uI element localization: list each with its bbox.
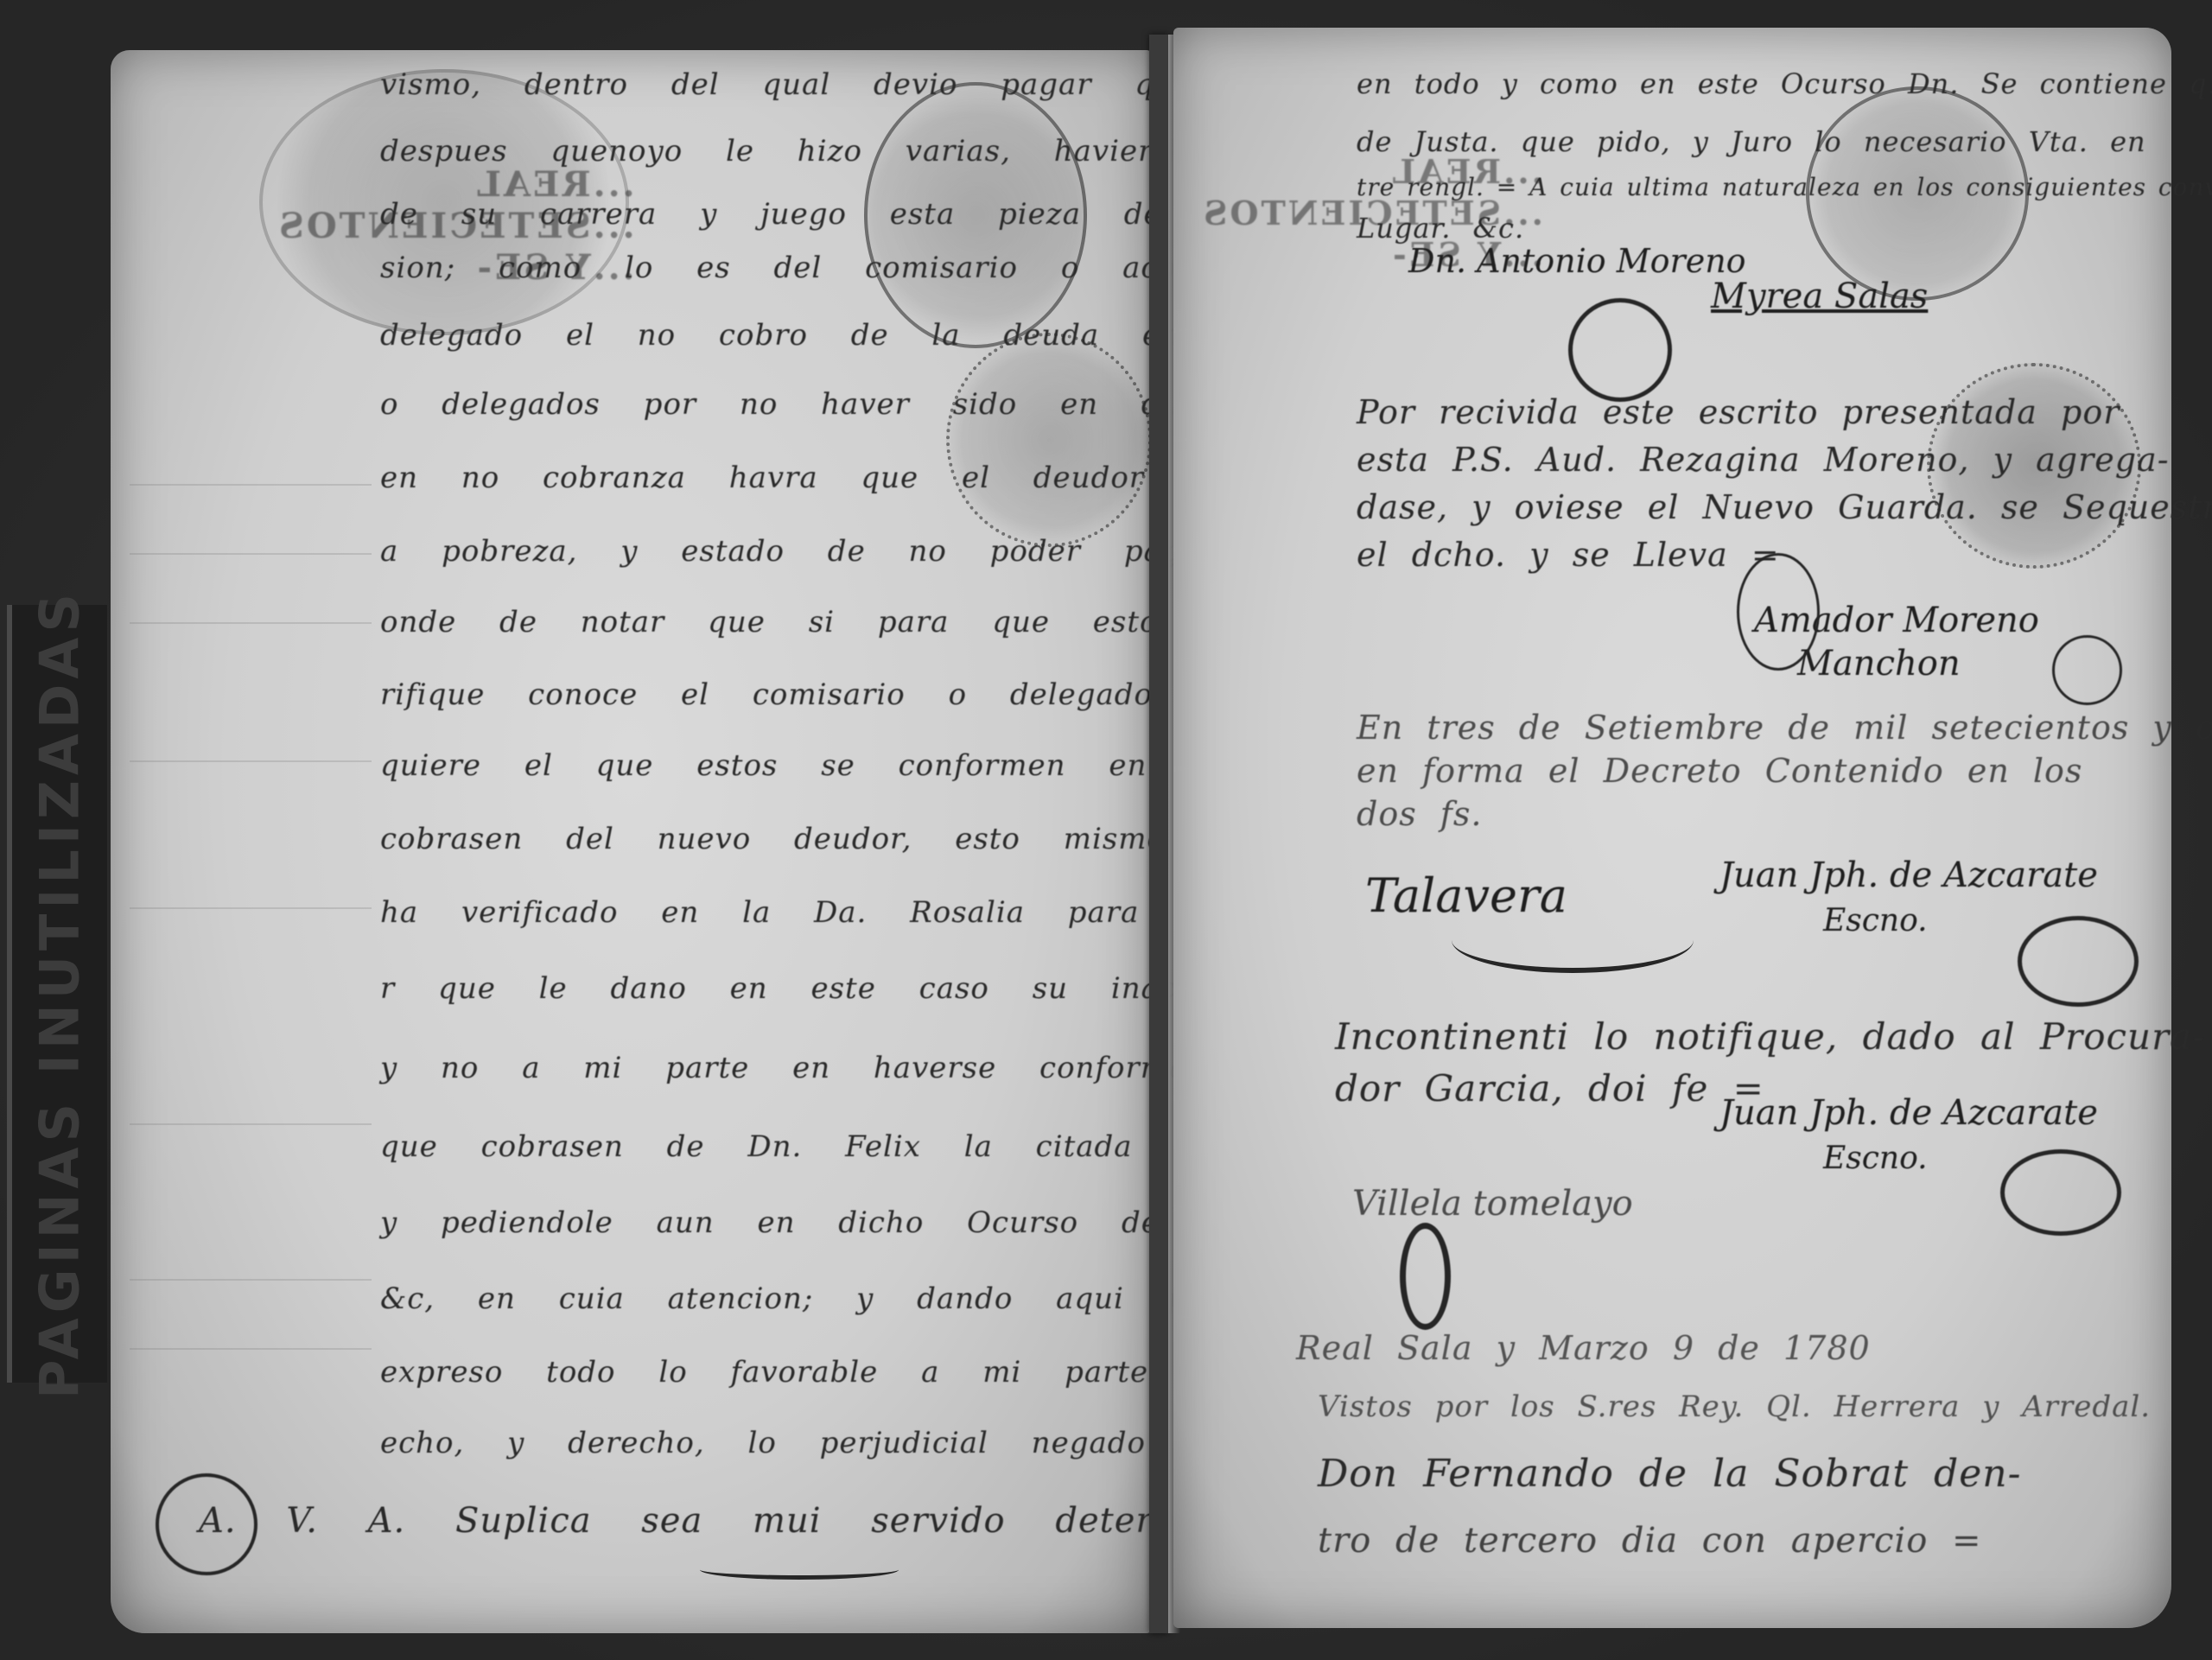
left-line-14: r que le dano en este caso su inaccion [380, 971, 1243, 1006]
left-line-1: vismo, dentro del qual devio pagar q. Su [380, 67, 1249, 102]
talavera-flourish [1452, 907, 1694, 973]
rubric-1 [1568, 298, 1672, 402]
notification-line-1: Incontinenti lo notifique, dado al Procu… [1335, 1015, 2205, 1058]
decree-line-3: dase, y oviese el Nuevo Guarda. se Seque… [1357, 488, 2212, 526]
margin-rule [130, 622, 372, 624]
closing-flourish [700, 1560, 899, 1580]
left-line-21-suplica: A. V. A. Suplica sea mui servido determi… [199, 1501, 1243, 1541]
rubric-villela [1400, 1223, 1451, 1330]
right-line-1: en todo y como en este Ocurso Dn. Se con… [1357, 67, 2212, 100]
signature-moreno: Dn. Antonio Moreno [1408, 242, 1746, 280]
rubric-2b [2052, 635, 2122, 705]
rubric-azcarate-1 [2018, 916, 2139, 1007]
decree-line-2: esta P.S. Aud. Rezagina Moreno, y agrega… [1357, 441, 2170, 479]
left-line-11: quiere el que estos se conformen en que [380, 748, 1248, 783]
signature-escno-2: Escno. [1823, 1141, 1928, 1176]
closing-line-1: Vistos por los S.res Rey. Ql. Herrera y … [1318, 1390, 2151, 1424]
left-line-7: en no cobranza havra que el deudor vino [380, 461, 1253, 495]
margin-rule [130, 484, 372, 486]
left-line-12: cobrasen del nuevo deudor, esto mismo se [380, 822, 1243, 856]
seal-stamp-round [946, 333, 1152, 547]
signature-azcarate-1: Juan Jph. de Azcarate [1719, 855, 2098, 895]
signature-azcarate-2: Juan Jph. de Azcarate [1719, 1093, 2098, 1133]
margin-rule [130, 907, 372, 909]
left-line-4: sion; como lo es del comisario o acordad… [380, 251, 1268, 285]
right-line-3: tre rengl. = A cuia ultima naturaleza en… [1357, 173, 2212, 201]
flourish-capital-A [156, 1473, 257, 1575]
margin-rule [130, 553, 372, 555]
margin-rule [130, 760, 372, 762]
signature-salas: Myrea Salas [1711, 277, 1928, 316]
notary-line-2: en forma el Decreto Contenido en los [1357, 752, 2082, 790]
left-line-19: expreso todo lo favorable a mi parte en [380, 1355, 1230, 1390]
rubric-2 [1737, 553, 1820, 671]
left-line-20: echo, y derecho, lo perjudicial negado = [380, 1426, 1214, 1460]
right-line-4: Lugar. &c. [1357, 212, 1524, 245]
rubric-azcarate-2 [2000, 1149, 2121, 1236]
margin-rule [130, 1348, 372, 1350]
left-line-13: ha verificado en la Da. Rosalia para ofr… [380, 895, 1281, 930]
decree-line-1: Por recivida este escrito presentada por [1357, 393, 2120, 431]
signature-manchon: Manchon [1797, 644, 1961, 684]
signature-villela: Villela tomelayo [1352, 1184, 1633, 1224]
decree-line-4: el dcho. y se Lleva = [1357, 536, 1780, 574]
left-line-3: de su carrera y juego esta pieza de om [380, 197, 1252, 232]
page-gutter [1149, 35, 1168, 1633]
left-line-15: y no a mi parte en haverse conformado [380, 1051, 1225, 1085]
date-line: Real Sala y Marzo 9 de 1780 [1296, 1329, 1871, 1367]
notary-line-3: dos fs. [1357, 795, 1482, 833]
spine-label: PAGINAS INUTILIZADAS [7, 605, 107, 1383]
margin-rule [130, 1123, 372, 1125]
signature-escno-1: Escno. [1823, 903, 1928, 938]
margin-rule [130, 1279, 372, 1281]
notification-line-2: dor Garcia, doi fe = [1335, 1067, 1764, 1110]
right-line-2: de Justa. que pido, y Juro lo necesario … [1357, 125, 2146, 158]
left-line-18: &c, en cuia atencion; y dando aqui por [380, 1282, 1220, 1316]
notary-line-1: En tres de Setiembre de mil setecientos … [1357, 709, 2212, 747]
spine-label-text: PAGINAS INUTILIZADAS [29, 588, 92, 1399]
closing-line-3: tro de tercero dia con apercio = [1318, 1521, 1982, 1561]
closing-line-2: Don Fernando de la Sobrat den- [1318, 1452, 2021, 1496]
